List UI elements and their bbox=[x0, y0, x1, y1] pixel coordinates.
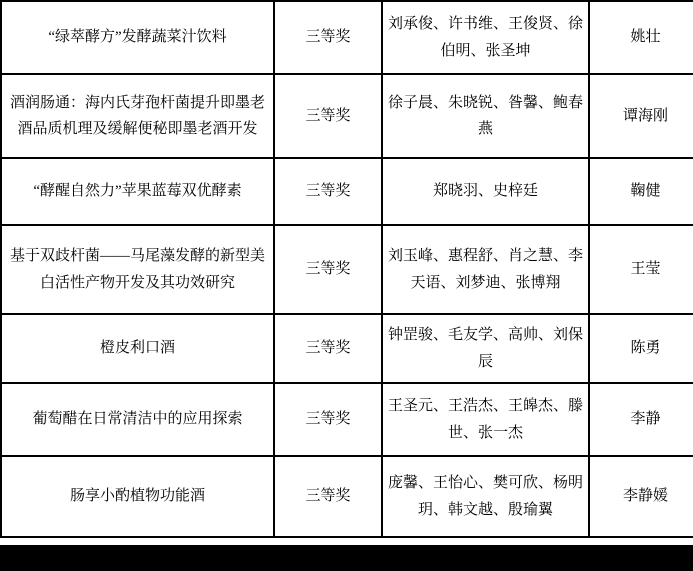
award-cell: 三等奖 bbox=[274, 314, 382, 383]
awards-table-body: “绿萃酵方”发酵蔬菜汁饮料三等奖刘承俊、许书维、王俊贤、徐伯明、张圣坤姚壮酒润肠… bbox=[1, 1, 693, 537]
bottom-black-bar bbox=[0, 545, 693, 571]
members-cell: 王圣元、王浩杰、王皞杰、滕世、张一杰 bbox=[382, 383, 589, 456]
members-cell: 徐子晨、朱晓锐、昝馨、鲍春燕 bbox=[382, 74, 589, 158]
members-cell: 刘玉峰、惠程舒、肖之慧、李天语、刘梦迪、张博翔 bbox=[382, 225, 589, 314]
project-cell: 酒润肠通：海内氏芽孢杆菌提升即墨老酒品质机理及缓解便秘即墨老酒开发 bbox=[1, 74, 274, 158]
award-cell: 三等奖 bbox=[274, 383, 382, 456]
table-row: “酵醒自然力”苹果蓝莓双优酵素三等奖郑晓羽、史梓廷鞠健 bbox=[1, 158, 693, 225]
project-cell: 橙皮利口酒 bbox=[1, 314, 274, 383]
advisor-cell: 李静媛 bbox=[589, 456, 693, 537]
project-cell: 基于双歧杆菌——马尾藻发酵的新型美白活性产物开发及其功效研究 bbox=[1, 225, 274, 314]
table-row: 基于双歧杆菌——马尾藻发酵的新型美白活性产物开发及其功效研究三等奖刘玉峰、惠程舒… bbox=[1, 225, 693, 314]
table-row: 酒润肠通：海内氏芽孢杆菌提升即墨老酒品质机理及缓解便秘即墨老酒开发三等奖徐子晨、… bbox=[1, 74, 693, 158]
table-row: 橙皮利口酒三等奖钟罡骏、毛友学、高帅、刘保辰陈勇 bbox=[1, 314, 693, 383]
project-cell: “酵醒自然力”苹果蓝莓双优酵素 bbox=[1, 158, 274, 225]
award-cell: 三等奖 bbox=[274, 158, 382, 225]
members-cell: 钟罡骏、毛友学、高帅、刘保辰 bbox=[382, 314, 589, 383]
advisor-cell: 鞠健 bbox=[589, 158, 693, 225]
award-cell: 三等奖 bbox=[274, 74, 382, 158]
award-cell: 三等奖 bbox=[274, 1, 382, 74]
advisor-cell: 姚壮 bbox=[589, 1, 693, 74]
members-cell: 郑晓羽、史梓廷 bbox=[382, 158, 589, 225]
awards-table: “绿萃酵方”发酵蔬菜汁饮料三等奖刘承俊、许书维、王俊贤、徐伯明、张圣坤姚壮酒润肠… bbox=[0, 0, 693, 538]
document-page: “绿萃酵方”发酵蔬菜汁饮料三等奖刘承俊、许书维、王俊贤、徐伯明、张圣坤姚壮酒润肠… bbox=[0, 0, 693, 571]
advisor-cell: 李静 bbox=[589, 383, 693, 456]
advisor-cell: 陈勇 bbox=[589, 314, 693, 383]
project-cell: “绿萃酵方”发酵蔬菜汁饮料 bbox=[1, 1, 274, 74]
table-row: 葡萄醋在日常清洁中的应用探索三等奖王圣元、王浩杰、王皞杰、滕世、张一杰李静 bbox=[1, 383, 693, 456]
project-cell: 肠享小酌植物功能酒 bbox=[1, 456, 274, 537]
table-row: 肠享小酌植物功能酒三等奖庞馨、王怡心、樊可欣、杨明玥、韩文越、殷瑜翼李静媛 bbox=[1, 456, 693, 537]
advisor-cell: 王莹 bbox=[589, 225, 693, 314]
advisor-cell: 谭海刚 bbox=[589, 74, 693, 158]
award-cell: 三等奖 bbox=[274, 456, 382, 537]
project-cell: 葡萄醋在日常清洁中的应用探索 bbox=[1, 383, 274, 456]
members-cell: 庞馨、王怡心、樊可欣、杨明玥、韩文越、殷瑜翼 bbox=[382, 456, 589, 537]
award-cell: 三等奖 bbox=[274, 225, 382, 314]
table-row: “绿萃酵方”发酵蔬菜汁饮料三等奖刘承俊、许书维、王俊贤、徐伯明、张圣坤姚壮 bbox=[1, 1, 693, 74]
members-cell: 刘承俊、许书维、王俊贤、徐伯明、张圣坤 bbox=[382, 1, 589, 74]
